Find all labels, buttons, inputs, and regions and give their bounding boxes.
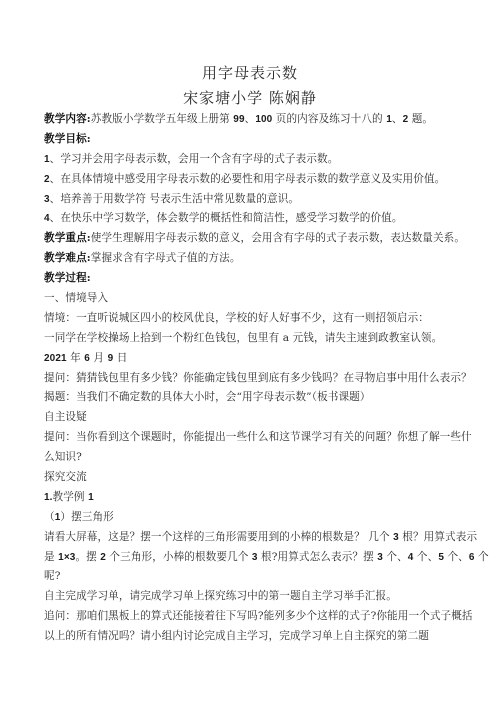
- line-text: 探究交流: [44, 471, 87, 483]
- line-text: 自主设疑: [44, 411, 87, 423]
- document-line: 是 1×3。摆 2 个三角形，小棒的根数要几个 3 根?用算式怎么表示？摆 3 …: [44, 548, 460, 568]
- document-line: 探究交流: [44, 468, 460, 488]
- document-line: 2021 年 6 月 9 日: [44, 349, 460, 369]
- document-author: 宋家塘小学 陈娴静: [0, 87, 500, 108]
- document-line: 1、学习并会用字母表示数，会用一个含有字母的式子表示数。: [44, 150, 460, 170]
- document-line: 教学重点:使学生理解用字母表示数的意义，会用含有字母的式子表示数，表达数量关系。: [44, 229, 460, 249]
- line-text: 情境：一直听说城区四小的校风优良，学校的好人好事不少，这有一则招领启示：: [44, 312, 429, 324]
- line-text: 追问：那咱们黑板上的算式还能接着往下写吗?能列多少个这样的式子?你能用一个式子概…: [44, 610, 473, 622]
- document-line: 提问：猜猜钱包里有多少钱？你能确定钱包里到底有多少钱吗？在寻物启事中用什么表示？: [44, 369, 460, 389]
- line-text: 以上的所有情况吗？请小组内讨论完成自主学习，完成学习单上自主探究的第二题: [44, 630, 429, 642]
- document-line: 教学难点:掌握求含有字母式子值的方法。: [44, 249, 460, 269]
- document-line: 提问：当你看到这个课题时，你能提出一些什么和这节课学习有关的问题？你想了解一些什: [44, 428, 460, 448]
- document-line: 情境：一直听说城区四小的校风优良，学校的好人好事不少，这有一则招领启示：: [44, 309, 460, 329]
- line-text: 1、学习并会用字母表示数，会用一个含有字母的式子表示数。: [44, 153, 338, 165]
- document-line: 么知识?: [44, 448, 460, 468]
- line-text: 一、情境导入: [44, 292, 108, 304]
- document-line: 3、培养善于用数学符 号表示生活中常见数量的意识。: [44, 190, 460, 210]
- line-text: 么知识?: [44, 451, 82, 463]
- line-text: 1.教学例 1: [44, 491, 94, 503]
- line-text: 提问：猜猜钱包里有多少钱？你能确定钱包里到底有多少钱吗？在寻物启事中用什么表示？: [44, 372, 472, 384]
- line-text: 4、在快乐中学习数学，体会数学的概括性和简洁性，感受学习数学的价值。: [44, 212, 403, 224]
- document-line: 以上的所有情况吗？请小组内讨论完成自主学习，完成学习单上自主探究的第二题: [44, 627, 460, 647]
- document-line: 教学过程:: [44, 269, 460, 289]
- line-bold-label: 教学过程:: [44, 272, 91, 284]
- document-line: 呢?: [44, 567, 460, 587]
- line-text: 2、在具体情境中感受用字母表示数的必要性和用字母表示数的数学意义及实用价值。: [44, 173, 445, 185]
- line-text: 3、培养善于用数学符 号表示生活中常见数量的意识。: [44, 193, 299, 205]
- document-line: 一、情境导入: [44, 289, 460, 309]
- line-text: 呢?: [44, 570, 60, 582]
- document-line: 4、在快乐中学习数学，体会数学的概括性和简洁性，感受学习数学的价值。: [44, 209, 460, 229]
- line-text: （1）摆三角形: [44, 511, 114, 523]
- document-line: 教学内容:苏教版小学数学五年级上册第 99、100 页的内容及练习十八的 1、2…: [44, 110, 460, 130]
- line-bold-label: 教学目标:: [44, 133, 91, 145]
- line-bold-label: 教学重点:: [44, 232, 91, 244]
- line-text: 使学生理解用字母表示数的意义，会用含有字母的式子表示数，表达数量关系。: [91, 232, 465, 244]
- line-bold-label: 教学内容:: [44, 113, 91, 125]
- line-text: 2021 年 6 月 9 日: [44, 352, 127, 364]
- line-text: 是 1×3。摆 2 个三角形，小棒的根数要几个 3 根?用算式怎么表示？摆 3 …: [44, 551, 489, 563]
- line-text: 苏教版小学数学五年级上册第 99、100 页的内容及练习十八的 1、2 题。: [91, 113, 433, 125]
- line-bold-label: 教学难点:: [44, 252, 91, 264]
- document-line: 请看大屏幕，这是？摆一个这样的三角形需要用到的小棒的根数是？ 几个 3 根？用算…: [44, 528, 460, 548]
- document-line: 2、在具体情境中感受用字母表示数的必要性和用字母表示数的数学意义及实用价值。: [44, 170, 460, 190]
- document-line: 自主设疑: [44, 408, 460, 428]
- document-line: 教学目标:: [44, 130, 460, 150]
- document-line: 一同学在学校操场上拾到一个粉红色钱包，包里有 a 元钱，请失主速到政教室认领。: [44, 329, 460, 349]
- document-title: 用字母表示数: [0, 62, 500, 83]
- document-line: （1）摆三角形: [44, 508, 460, 528]
- document-body: 教学内容:苏教版小学数学五年级上册第 99、100 页的内容及练习十八的 1、2…: [44, 110, 460, 647]
- line-text: 请看大屏幕，这是？摆一个这样的三角形需要用到的小棒的根数是？ 几个 3 根？用算…: [44, 531, 477, 543]
- document-line: 追问：那咱们黑板上的算式还能接着往下写吗?能列多少个这样的式子?你能用一个式子概…: [44, 607, 460, 627]
- document-line: 自主完成学习单，请完成学习单上探究练习中的第一题自主学习举手汇报。: [44, 587, 460, 607]
- document-line: 揭题：当我们不确定数的具体大小时，会“用字母表示数”（板书课题）: [44, 388, 460, 408]
- document-line: 1.教学例 1: [44, 488, 460, 508]
- line-text: 揭题：当我们不确定数的具体大小时，会“用字母表示数”（板书课题）: [44, 391, 371, 403]
- line-text: 掌握求含有字母式子值的方法。: [91, 252, 241, 264]
- line-text: 自主完成学习单，请完成学习单上探究练习中的第一题自主学习举手汇报。: [44, 590, 397, 602]
- line-text: 一同学在学校操场上拾到一个粉红色钱包，包里有 a 元钱，请失主速到政教室认领。: [44, 332, 442, 344]
- document-page: 用字母表示数 宋家塘小学 陈娴静 教学内容:苏教版小学数学五年级上册第 99、1…: [0, 0, 500, 707]
- line-text: 提问：当你看到这个课题时，你能提出一些什么和这节课学习有关的问题？你想了解一些什: [44, 431, 472, 443]
